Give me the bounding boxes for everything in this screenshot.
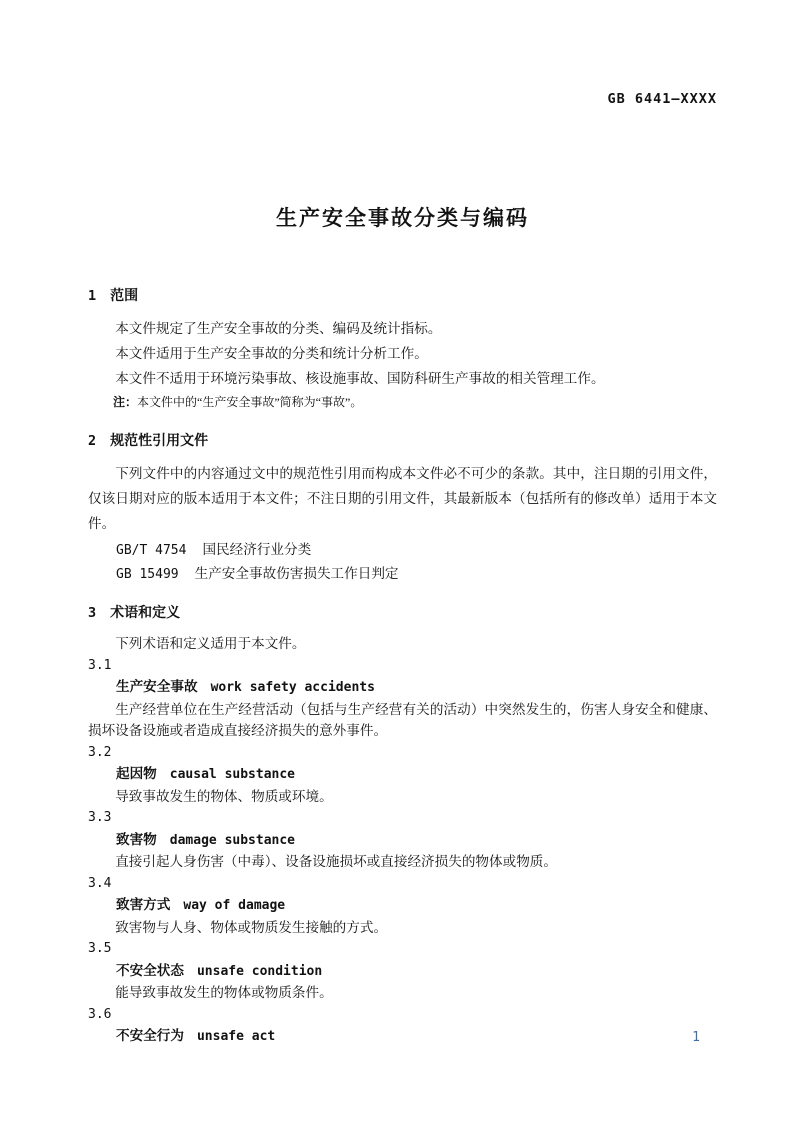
term-name-en: unsafe condition (197, 964, 322, 979)
term-name-zh: 生产安全事故 (116, 679, 198, 694)
term-definition: 生产经营单位在生产经营活动（包括与生产经营有关的活动）中突然发生的，伤害人身安全… (88, 699, 717, 742)
term-definition: 导致事故发生的物体、物质或环境。 (88, 786, 717, 808)
terms-list: 3.1 生产安全事故work safety accidents 生产经营单位在生… (88, 655, 717, 1048)
term-entry: 3.4 致害方式way of damage 致害物与人身、物体或物质发生接触的方… (88, 873, 717, 939)
term-entry: 3.1 生产安全事故work safety accidents 生产经营单位在生… (88, 655, 717, 742)
section-title: 术语和定义 (110, 604, 180, 620)
document-title: 生产安全事故分类与编码 (88, 205, 717, 233)
references-paragraph: 下列文件中的内容通过文中的规范性引用而构成本文件必不可少的条款。其中，注日期的引… (88, 461, 717, 536)
section-number: 1 (88, 286, 96, 306)
term-entry: 3.6 不安全行为unsafe act (88, 1004, 717, 1048)
term-entry: 3.2 起因物causal substance 导致事故发生的物体、物质或环境。 (88, 742, 717, 808)
term-name: 起因物causal substance (88, 763, 717, 786)
term-name: 致害物damage substance (88, 829, 717, 852)
term-id: 3.1 (88, 655, 717, 677)
reference-code: GB 15499 (116, 567, 179, 582)
section-number: 3 (88, 603, 96, 623)
reference-title: 生产安全事故伤害损失工作日判定 (195, 566, 399, 581)
term-name-zh: 不安全状态 (116, 963, 184, 978)
term-definition: 致害物与人身、物体或物质发生接触的方式。 (88, 917, 717, 939)
term-name: 致害方式way of damage (88, 894, 717, 917)
reference-item: GB 15499生产安全事故伤害损失工作日判定 (88, 562, 717, 586)
term-name-en: unsafe act (197, 1029, 275, 1044)
references-list: GB/T 4754国民经济行业分类 GB 15499生产安全事故伤害损失工作日判… (88, 538, 717, 586)
note-text: 本文件中的“生产安全事故”简称为“事故”。 (137, 395, 362, 409)
page-content: GB 6441—XXXX 生产安全事故分类与编码 1范围 本文件规定了生产安全事… (88, 0, 717, 1048)
reference-item: GB/T 4754国民经济行业分类 (88, 538, 717, 562)
document-page: GB 6441—XXXX 生产安全事故分类与编码 1范围 本文件规定了生产安全事… (0, 0, 794, 1123)
term-name: 不安全行为unsafe act (88, 1025, 717, 1048)
section-title: 规范性引用文件 (110, 432, 208, 448)
terms-intro: 下列术语和定义适用于本文件。 (88, 633, 717, 655)
term-name-en: work safety accidents (211, 680, 375, 695)
scope-paragraphs: 本文件规定了生产安全事故的分类、编码及统计指标。 本文件适用于生产安全事故的分类… (88, 316, 717, 391)
section-heading-scope: 1范围 (88, 285, 717, 306)
standard-code: GB 6441—XXXX (88, 0, 717, 107)
term-id: 3.4 (88, 873, 717, 895)
term-id: 3.3 (88, 807, 717, 829)
section-heading-terms: 3术语和定义 (88, 602, 717, 623)
section-heading-references: 2规范性引用文件 (88, 430, 717, 451)
term-name-en: damage substance (170, 833, 295, 848)
term-name-zh: 致害物 (116, 832, 157, 847)
term-name-zh: 致害方式 (116, 897, 170, 912)
reference-title: 国民经济行业分类 (202, 542, 311, 557)
reference-code: GB/T 4754 (116, 543, 186, 558)
term-id: 3.5 (88, 938, 717, 960)
scope-paragraph: 本文件适用于生产安全事故的分类和统计分析工作。 (88, 341, 717, 366)
term-entry: 3.3 致害物damage substance 直接引起人身伤害（中毒）、设备设… (88, 807, 717, 873)
term-definition: 能导致事故发生的物体或物质条件。 (88, 982, 717, 1004)
section-title: 范围 (110, 287, 138, 303)
scope-paragraph: 本文件不适用于环境污染事故、核设施事故、国防科研生产事故的相关管理工作。 (88, 366, 717, 391)
term-id: 3.6 (88, 1004, 717, 1026)
term-name: 生产安全事故work safety accidents (88, 676, 717, 699)
term-name: 不安全状态unsafe condition (88, 960, 717, 983)
scope-note: 注：本文件中的“生产安全事故”简称为“事故”。 (88, 393, 717, 412)
scope-paragraph: 本文件规定了生产安全事故的分类、编码及统计指标。 (88, 316, 717, 341)
section-number: 2 (88, 431, 96, 451)
term-name-en: causal substance (170, 767, 295, 782)
page-number: 1 (692, 1030, 700, 1046)
note-label: 注： (113, 395, 137, 409)
term-entry: 3.5 不安全状态unsafe condition 能导致事故发生的物体或物质条… (88, 938, 717, 1004)
term-definition: 直接引起人身伤害（中毒）、设备设施损坏或直接经济损失的物体或物质。 (88, 851, 717, 873)
term-name-zh: 不安全行为 (116, 1028, 184, 1043)
term-id: 3.2 (88, 742, 717, 764)
term-name-zh: 起因物 (116, 766, 157, 781)
term-name-en: way of damage (183, 898, 285, 913)
